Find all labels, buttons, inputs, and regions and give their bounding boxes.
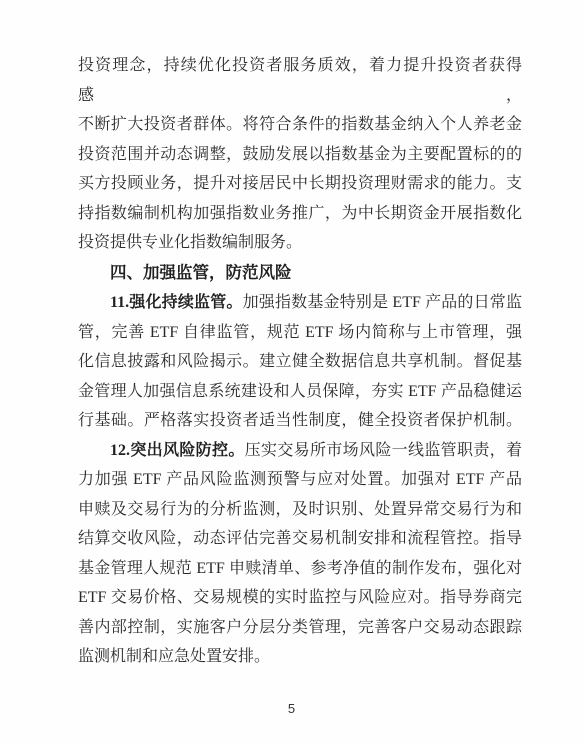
text-run: 买方投顾业务，提升对接居民中长期投资理财需求的能力。支 (78, 175, 522, 192)
text-run: 投资理念，持续优化投资者服务质效，着力提升投资者获得感， (78, 57, 522, 104)
text-line: 行基础。严格落实投资者适当性制度，健全投资者保护机制。 (78, 406, 522, 436)
text-run: 不断扩大投资者群体。将符合条件的指数基金纳入个人养老金 (78, 116, 522, 133)
text-line: 11.强化持续监管。加强指数基金特别是 ETF 产品的日常监 (78, 288, 522, 318)
text-line: 申赎及交易行为的分析监测，及时识别、处置异常交易行为和 (78, 495, 522, 525)
text-run: 善内部控制，实施客户分层分类管理，完善客户交易动态跟踪 (78, 619, 522, 636)
text-run: 投资提供专业化指数编制服务。 (78, 234, 302, 251)
text-run: 结算交收风险，动态评估完善交易机制安排和流程管控。指导 (78, 530, 522, 547)
text-run: 行基础。严格落实投资者适当性制度，健全投资者保护机制。 (78, 412, 522, 429)
text-line: 化信息披露和风险揭示。建立健全数据信息共享机制。督促基 (78, 347, 522, 377)
text-line: 不断扩大投资者群体。将符合条件的指数基金纳入个人养老金 (78, 110, 522, 140)
text-line: 12.突出风险防控。压实交易所市场风险一线监管职责，着 (78, 436, 522, 466)
text-line: 金管理人加强信息系统建设和人员保障，夯实 ETF 产品稳健运 (78, 377, 522, 407)
bold-run: 12.突出风险防控。 (110, 442, 245, 459)
text-run: 化信息披露和风险揭示。建立健全数据信息共享机制。督促基 (78, 353, 522, 370)
text-run: 申赎及交易行为的分析监测，及时识别、处置异常交易行为和 (78, 501, 522, 518)
text-line: 持指数编制机构加强指数业务推广，为中长期资金开展指数化 (78, 199, 522, 229)
document-body: 投资理念，持续优化投资者服务质效，着力提升投资者获得感， 不断扩大投资者群体。将… (78, 51, 522, 672)
heading-text: 四、加强监管，防范风险 (110, 263, 292, 282)
text-run: 管，完善 ETF 自律监管，规范 ETF 场内简称与上市管理，强 (78, 324, 522, 341)
bold-run: 11.强化持续监管。 (110, 294, 243, 311)
text-line: 力加强 ETF 产品风险监测预警与应对处置。加强对 ETF 产品 (78, 465, 522, 495)
text-run: ETF 交易价格、交易规模的实时监控与风险应对。指导券商完 (78, 589, 522, 606)
page-number: 5 (0, 700, 583, 718)
text-run: 监测机制和应急处置安排。 (78, 648, 270, 665)
text-line: 投资理念，持续优化投资者服务质效，着力提升投资者获得感， (78, 51, 522, 110)
text-run: 持指数编制机构加强指数业务推广，为中长期资金开展指数化 (78, 205, 522, 222)
text-line: 善内部控制，实施客户分层分类管理，完善客户交易动态跟踪 (78, 613, 522, 643)
text-run: 加强指数基金特别是 ETF 产品的日常监 (243, 294, 522, 311)
text-line: 结算交收风险，动态评估完善交易机制安排和流程管控。指导 (78, 524, 522, 554)
text-line: 监测机制和应急处置安排。 (78, 642, 522, 672)
text-line: ETF 交易价格、交易规模的实时监控与风险应对。指导券商完 (78, 583, 522, 613)
text-run: 压实交易所市场风险一线监管职责，着 (245, 442, 522, 459)
document-page: 投资理念，持续优化投资者服务质效，着力提升投资者获得感， 不断扩大投资者群体。将… (0, 0, 583, 743)
section-heading: 四、加强监管，防范风险 (78, 258, 522, 289)
text-line: 投资提供专业化指数编制服务。 (78, 228, 522, 258)
text-run: 投资范围并动态调整，鼓励发展以指数基金为主要配置标的的 (78, 146, 522, 163)
text-run: 基金管理人规范 ETF 申赎清单、参考净值的制作发布，强化对 (78, 560, 522, 577)
text-run: 金管理人加强信息系统建设和人员保障，夯实 ETF 产品稳健运 (78, 383, 522, 400)
text-line: 投资范围并动态调整，鼓励发展以指数基金为主要配置标的的 (78, 140, 522, 170)
text-line: 买方投顾业务，提升对接居民中长期投资理财需求的能力。支 (78, 169, 522, 199)
text-run: 力加强 ETF 产品风险监测预警与应对处置。加强对 ETF 产品 (78, 471, 522, 488)
text-line: 管，完善 ETF 自律监管，规范 ETF 场内简称与上市管理，强 (78, 318, 522, 348)
text-line: 基金管理人规范 ETF 申赎清单、参考净值的制作发布，强化对 (78, 554, 522, 584)
